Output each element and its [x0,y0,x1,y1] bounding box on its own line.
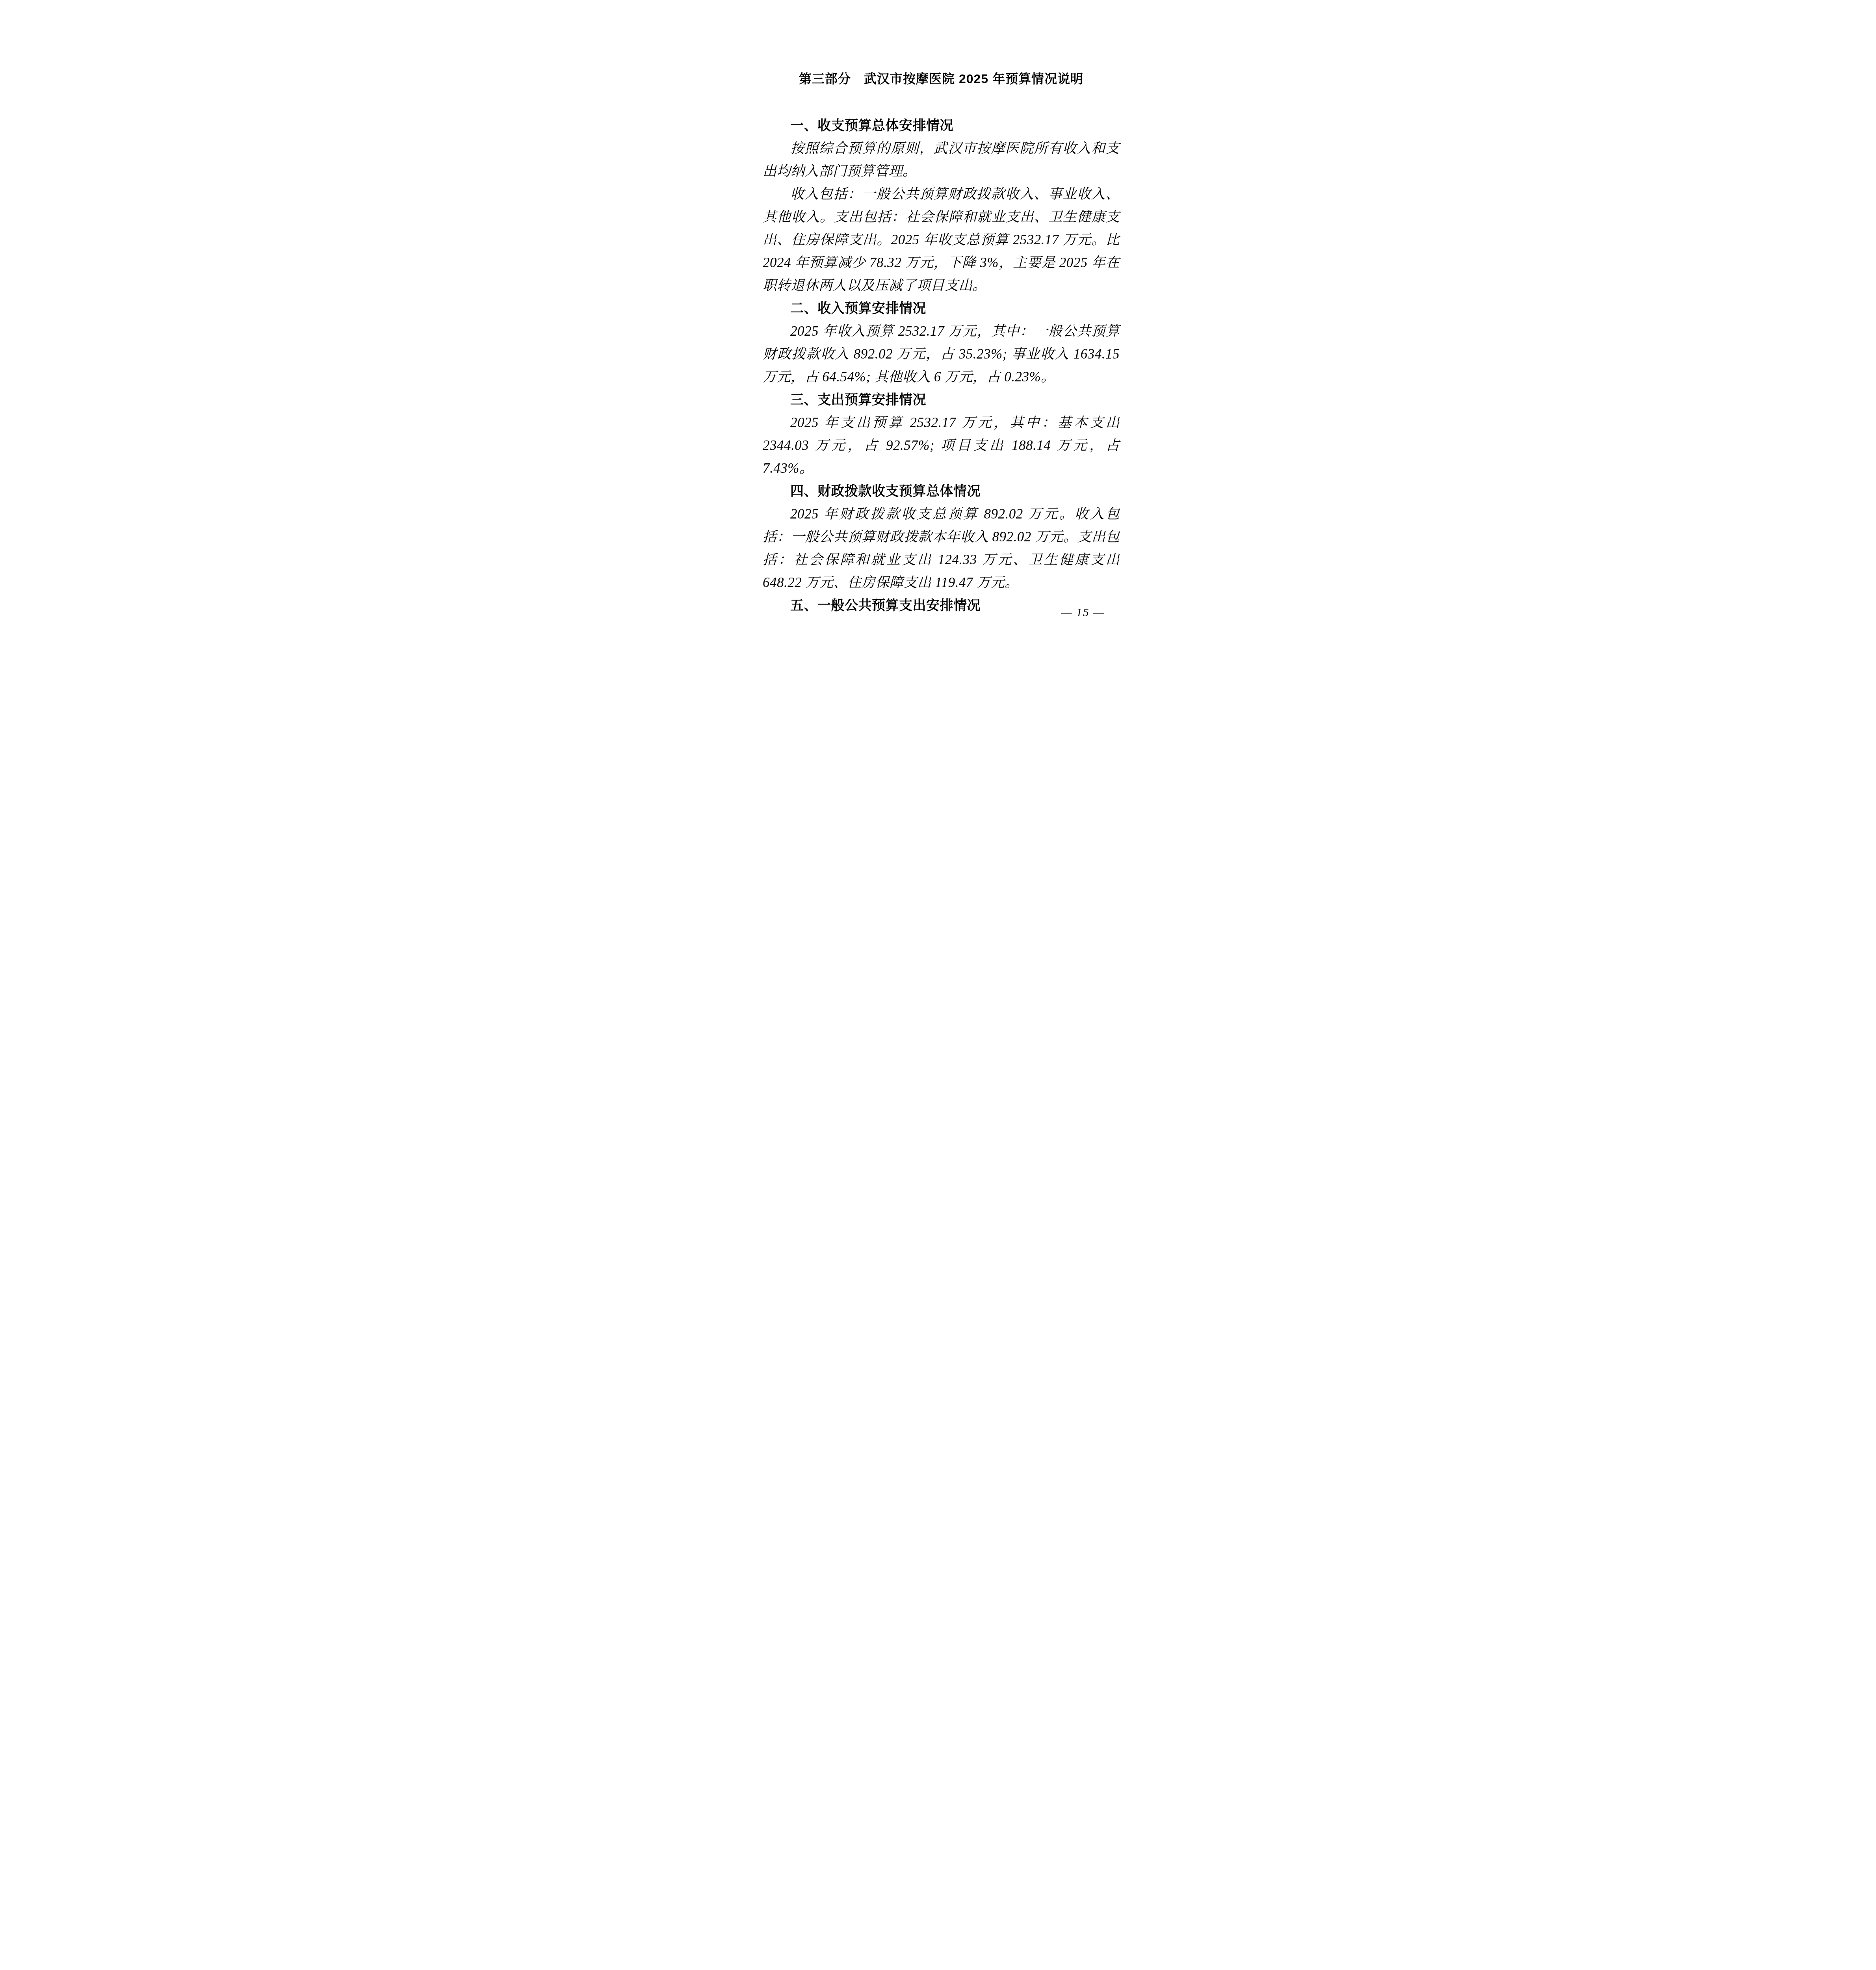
page-title: 第三部分 武汉市按摩医院 2025 年预算情况说明 [763,70,1120,87]
paragraph: 2025 年支出预算 2532.17 万元，其中：基本支出 2344.03 万元… [763,411,1120,480]
paragraph: 按照综合预算的原则，武汉市按摩医院所有收入和支出均纳入部门预算管理。 [763,137,1120,183]
document-page: 第三部分 武汉市按摩医院 2025 年预算情况说明 一、收支预算总体安排情况 按… [704,0,1172,663]
page-number: — 15 — [1061,606,1105,619]
paragraph: 2025 年收入预算 2532.17 万元，其中：一般公共预算财政拨款收入 89… [763,320,1120,388]
section-heading-1: 一、收支预算总体安排情况 [763,114,1120,137]
section-fiscal-appropriation: 四、财政拨款收支预算总体情况 2025 年财政拨款收支总预算 892.02 万元… [763,480,1120,594]
section-expenditure-budget: 三、支出预算安排情况 2025 年支出预算 2532.17 万元，其中：基本支出… [763,388,1120,480]
section-income-budget: 二、收入预算安排情况 2025 年收入预算 2532.17 万元，其中：一般公共… [763,297,1120,388]
document-body: 一、收支预算总体安排情况 按照综合预算的原则，武汉市按摩医院所有收入和支出均纳入… [763,114,1120,617]
paragraph: 收入包括：一般公共预算财政拨款收入、事业收入、其他收入。支出包括：社会保障和就业… [763,183,1120,297]
paragraph: 2025 年财政拨款收支总预算 892.02 万元。收入包括：一般公共预算财政拨… [763,503,1120,594]
section-overall-budget: 一、收支预算总体安排情况 按照综合预算的原则，武汉市按摩医院所有收入和支出均纳入… [763,114,1120,297]
section-heading-4: 四、财政拨款收支预算总体情况 [763,480,1120,503]
section-heading-3: 三、支出预算安排情况 [763,388,1120,411]
section-heading-2: 二、收入预算安排情况 [763,297,1120,320]
